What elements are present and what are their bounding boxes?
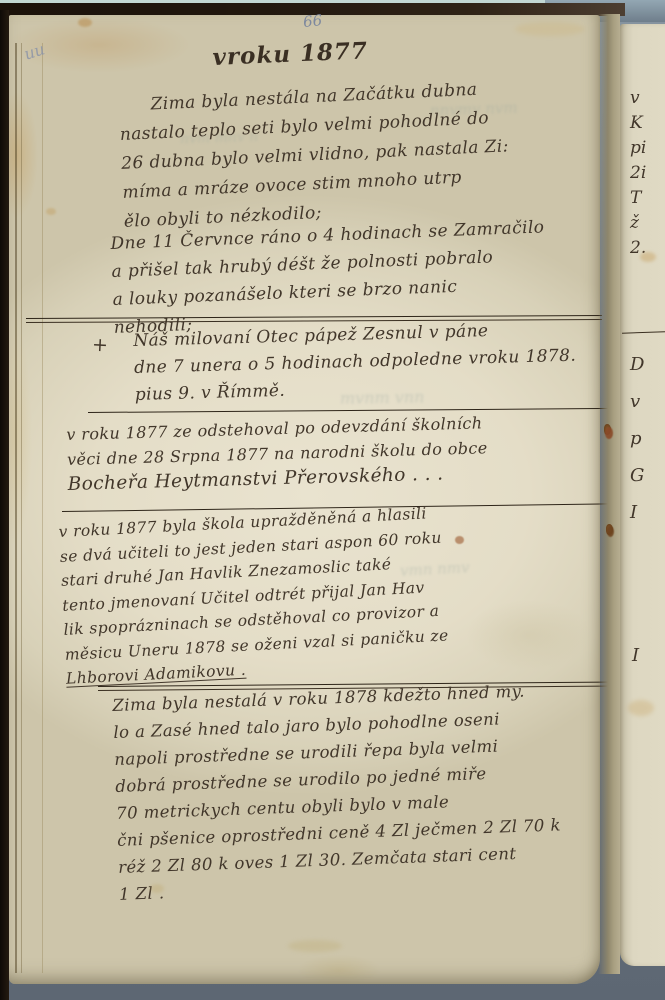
scanned-book-photo: 66 uu vroku 1877 nnvmv nvm mvnm vnn nvm …: [0, 0, 665, 1000]
next-page-text-fragments: DvpGI: [630, 346, 644, 531]
handwriting-fragment: D: [630, 346, 644, 383]
page-edge-crease: [15, 43, 17, 973]
page-edge-crease: [42, 43, 43, 973]
binding-stitch: [606, 524, 613, 535]
handwriting-fragment: 2i: [630, 161, 646, 186]
handwriting-fragment: 2.: [630, 236, 646, 261]
handwriting-fragment: p: [630, 420, 644, 457]
next-page-text-fragments: vKpi2iTž2.: [630, 86, 646, 261]
handwriting-fragment: pi: [630, 136, 646, 161]
handwriting-fragment: ž: [630, 211, 646, 236]
page-edge-crease: [21, 43, 22, 973]
paragraph-winter-1878-prices: Zima byla nestalá v roku 1878 kdežto hne…: [112, 677, 563, 908]
page-number: 66: [302, 11, 323, 31]
next-page-text-fragments: I: [632, 638, 639, 674]
handwriting-fragment: I: [632, 638, 639, 674]
paragraph-teacher-departure: v roku 1877 ze odstehoval po odevzdání š…: [66, 410, 489, 497]
handwriting-fragment: v: [630, 383, 644, 420]
paragraph-school-vacancy: v roku 1877 byla škola upražděněná a hla…: [58, 501, 450, 692]
book-binding-edge: [0, 10, 9, 1000]
handwriting-fragment: v: [630, 86, 646, 111]
handwriting-fragment: G: [630, 457, 644, 494]
memorial-cross-mark: +: [91, 334, 108, 357]
binding-stitch: [604, 424, 611, 435]
handwriting-fragment: I: [630, 494, 644, 531]
handwriting-fragment: K: [630, 111, 646, 136]
handwriting-fragment: T: [630, 186, 646, 211]
paragraph-weather-1877: Zima byla nestála na Začátku dubnanastal…: [118, 71, 594, 237]
book-gutter: [598, 14, 620, 974]
paragraph-pope-death: Náš milovaní Otec pápež Zesnul v pánedne…: [133, 316, 577, 409]
